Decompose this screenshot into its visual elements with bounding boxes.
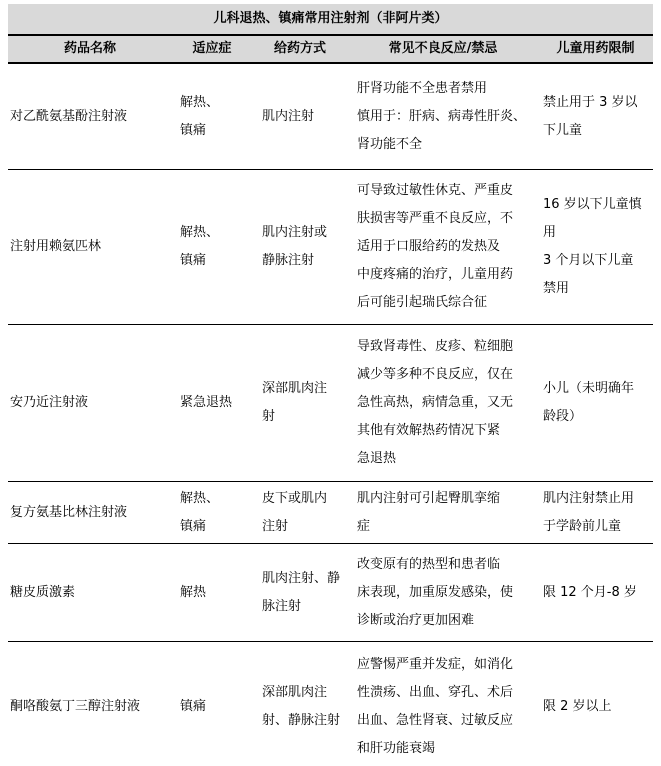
table-row: 糖皮质激素 解热 肌肉注射、静 脉注射 改变原有的热型和患者临 床表现，加重原发… — [8, 544, 653, 642]
route: 深部肌肉注 射 — [252, 375, 348, 431]
route: 皮下或肌内 注射 — [252, 485, 348, 541]
indication: 紧急退热 — [172, 389, 252, 417]
child-restriction: 肌内注射禁止用 于学龄前儿童 — [538, 485, 653, 541]
route: 肌内注射 — [252, 103, 348, 131]
column-header-child-restriction: 儿童用药限制 — [538, 36, 653, 62]
route: 肌肉注射、静 脉注射 — [252, 565, 348, 621]
table-row: 注射用赖氨匹林 解热、 镇痛 肌内注射或 静脉注射 可导致过敏性休克、严重皮 肤… — [8, 170, 653, 325]
adverse-reactions: 导致肾毒性、皮疹、粒细胞 减少等多种不良反应，仅在 急性高热，病情急重，又无 其… — [348, 333, 538, 473]
route: 深部肌肉注 射、静脉注射 — [252, 679, 348, 735]
child-restriction: 限 12 个月-8 岁 — [538, 579, 653, 607]
page: 儿科退热、镇痛常用注射剂（非阿片类） 药品名称 适应症 给药方式 常见不良反应/… — [0, 0, 661, 766]
drug-name: 糖皮质激素 — [8, 579, 172, 607]
drug-name: 复方氨基比林注射液 — [8, 499, 172, 527]
column-header-adverse-reactions: 常见不良反应/禁忌 — [348, 36, 538, 62]
child-restriction: 小儿（未明确年 龄段） — [538, 375, 653, 431]
column-header-route: 给药方式 — [252, 36, 348, 62]
drug-name: 对乙酰氨基酚注射液 — [8, 103, 172, 131]
indication: 解热、 镇痛 — [172, 89, 252, 145]
indication: 解热 — [172, 579, 252, 607]
table-row: 酮咯酸氨丁三醇注射液 镇痛 深部肌肉注 射、静脉注射 应警惕严重并发症，如消化 … — [8, 642, 653, 766]
child-restriction: 16 岁以下儿童慎 用 3 个月以下儿童 禁用 — [538, 191, 653, 303]
table-row: 复方氨基比林注射液 解热、 镇痛 皮下或肌内 注射 肌内注射可引起臀肌挛缩 症 … — [8, 482, 653, 544]
adverse-reactions: 应警惕严重并发症，如消化 性溃疡、出血、穿孔、术后 出血、急性肾衰、过敏反应 和… — [348, 651, 538, 763]
adverse-reactions: 可导致过敏性休克、严重皮 肤损害等严重不良反应，不 适用于口服给药的发热及 中度… — [348, 177, 538, 317]
adverse-reactions: 肌内注射可引起臀肌挛缩 症 — [348, 485, 538, 541]
table-row: 对乙酰氨基酚注射液 解热、 镇痛 肌内注射 肝肾功能不全患者禁用 慎用于：肝病、… — [8, 64, 653, 170]
table-title: 儿科退热、镇痛常用注射剂（非阿片类） — [8, 4, 653, 36]
indication: 解热、 镇痛 — [172, 219, 252, 275]
drug-table: 儿科退热、镇痛常用注射剂（非阿片类） 药品名称 适应症 给药方式 常见不良反应/… — [8, 4, 653, 766]
table-header: 药品名称 适应症 给药方式 常见不良反应/禁忌 儿童用药限制 — [8, 36, 653, 64]
indication: 解热、 镇痛 — [172, 485, 252, 541]
adverse-reactions: 改变原有的热型和患者临 床表现，加重原发感染，使 诊断或治疗更加困难 — [348, 551, 538, 635]
drug-name: 酮咯酸氨丁三醇注射液 — [8, 693, 172, 721]
column-header-drug-name: 药品名称 — [8, 36, 172, 62]
child-restriction: 禁止用于 3 岁以 下儿童 — [538, 89, 653, 145]
indication: 镇痛 — [172, 693, 252, 721]
column-header-indication: 适应症 — [172, 36, 252, 62]
table-row: 安乃近注射液 紧急退热 深部肌肉注 射 导致肾毒性、皮疹、粒细胞 减少等多种不良… — [8, 325, 653, 482]
child-restriction: 限 2 岁以上 — [538, 693, 653, 721]
drug-name: 安乃近注射液 — [8, 389, 172, 417]
drug-name: 注射用赖氨匹林 — [8, 233, 172, 261]
adverse-reactions: 肝肾功能不全患者禁用 慎用于：肝病、病毒性肝炎、 肾功能不全 — [348, 75, 538, 159]
route: 肌内注射或 静脉注射 — [252, 219, 348, 275]
